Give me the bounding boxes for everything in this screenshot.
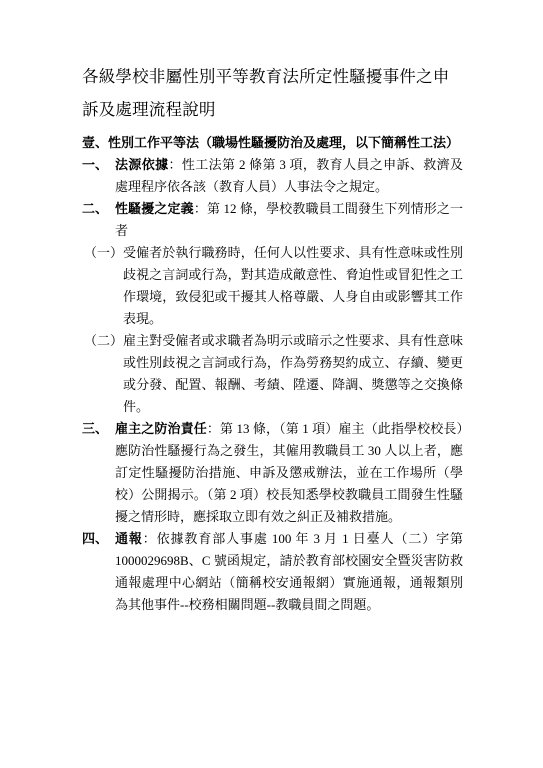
document-page: 各級學校非屬性別平等教育法所定性騷擾事件之申訴及處理流程說明 壹、性別工作平等法… bbox=[0, 0, 543, 768]
list-item-2-label: 二、 bbox=[82, 198, 108, 220]
sub-list-item-2: （二）雇主對受僱者或求職者為明示或暗示之性要求、具有性意味或性別歧視之言詞或行為… bbox=[82, 330, 463, 418]
document-content: 各級學校非屬性別平等教育法所定性騷擾事件之申訴及處理流程說明 壹、性別工作平等法… bbox=[82, 60, 463, 616]
section-heading: 壹、性別工作平等法（職場性騷擾防治及處理，以下簡稱性工法） bbox=[82, 132, 463, 154]
list-item-3-term: 雇主之防治責任 bbox=[115, 421, 207, 436]
list-item-3: 三、雇主之防治責任：第 13 條，（第 1 項）雇主（此指學校校長）應防治性騷擾… bbox=[82, 418, 463, 528]
list-item-3-text: ：第 13 條，（第 1 項）雇主（此指學校校長）應防治性騷擾行為之發生，其僱用… bbox=[115, 421, 463, 524]
list-item-1-term: 法源依據 bbox=[115, 157, 168, 172]
list-item-4-term: 通報 bbox=[115, 531, 143, 546]
sub-list-item-1-label: （一） bbox=[84, 242, 123, 264]
list-item-1-label: 一、 bbox=[82, 154, 108, 176]
sub-list-item-1-text: 受僱者於執行職務時，任何人以性要求、具有性意味或性別歧視之言詞或行為，對其造成敵… bbox=[123, 245, 463, 326]
list-item-4: 四、通報：依據教育部人事處 100 年 3 月 1 日臺人（二）字第100002… bbox=[82, 528, 463, 616]
list-item-1: 一、法源依據：性工法第 2 條第 3 項，教育人員之申訴、救濟及處理程序依各該（… bbox=[82, 154, 463, 198]
sub-list-item-2-text: 雇主對受僱者或求職者為明示或暗示之性要求、具有性意味或性別歧視之言詞或行為，作為… bbox=[123, 333, 463, 414]
list-item-2-term: 性騷擾之定義 bbox=[115, 201, 194, 216]
list-item-4-label: 四、 bbox=[82, 528, 108, 550]
list-item-2: 二、性騷擾之定義：第 12 條，學校教職員工間發生下列情形之一者 bbox=[82, 198, 463, 242]
document-title: 各級學校非屬性別平等教育法所定性騷擾事件之申訴及處理流程說明 bbox=[82, 60, 463, 126]
sub-list-item-2-label: （二） bbox=[84, 330, 123, 352]
list-item-4-text: ：依據教育部人事處 100 年 3 月 1 日臺人（二）字第1000029698… bbox=[115, 531, 463, 612]
sub-list-item-1: （一）受僱者於執行職務時，任何人以性要求、具有性意味或性別歧視之言詞或行為，對其… bbox=[82, 242, 463, 330]
list-item-1-text: ：性工法第 2 條第 3 項，教育人員之申訴、救濟及處理程序依各該（教育人員）人… bbox=[115, 157, 463, 194]
list-item-3-label: 三、 bbox=[82, 418, 108, 440]
